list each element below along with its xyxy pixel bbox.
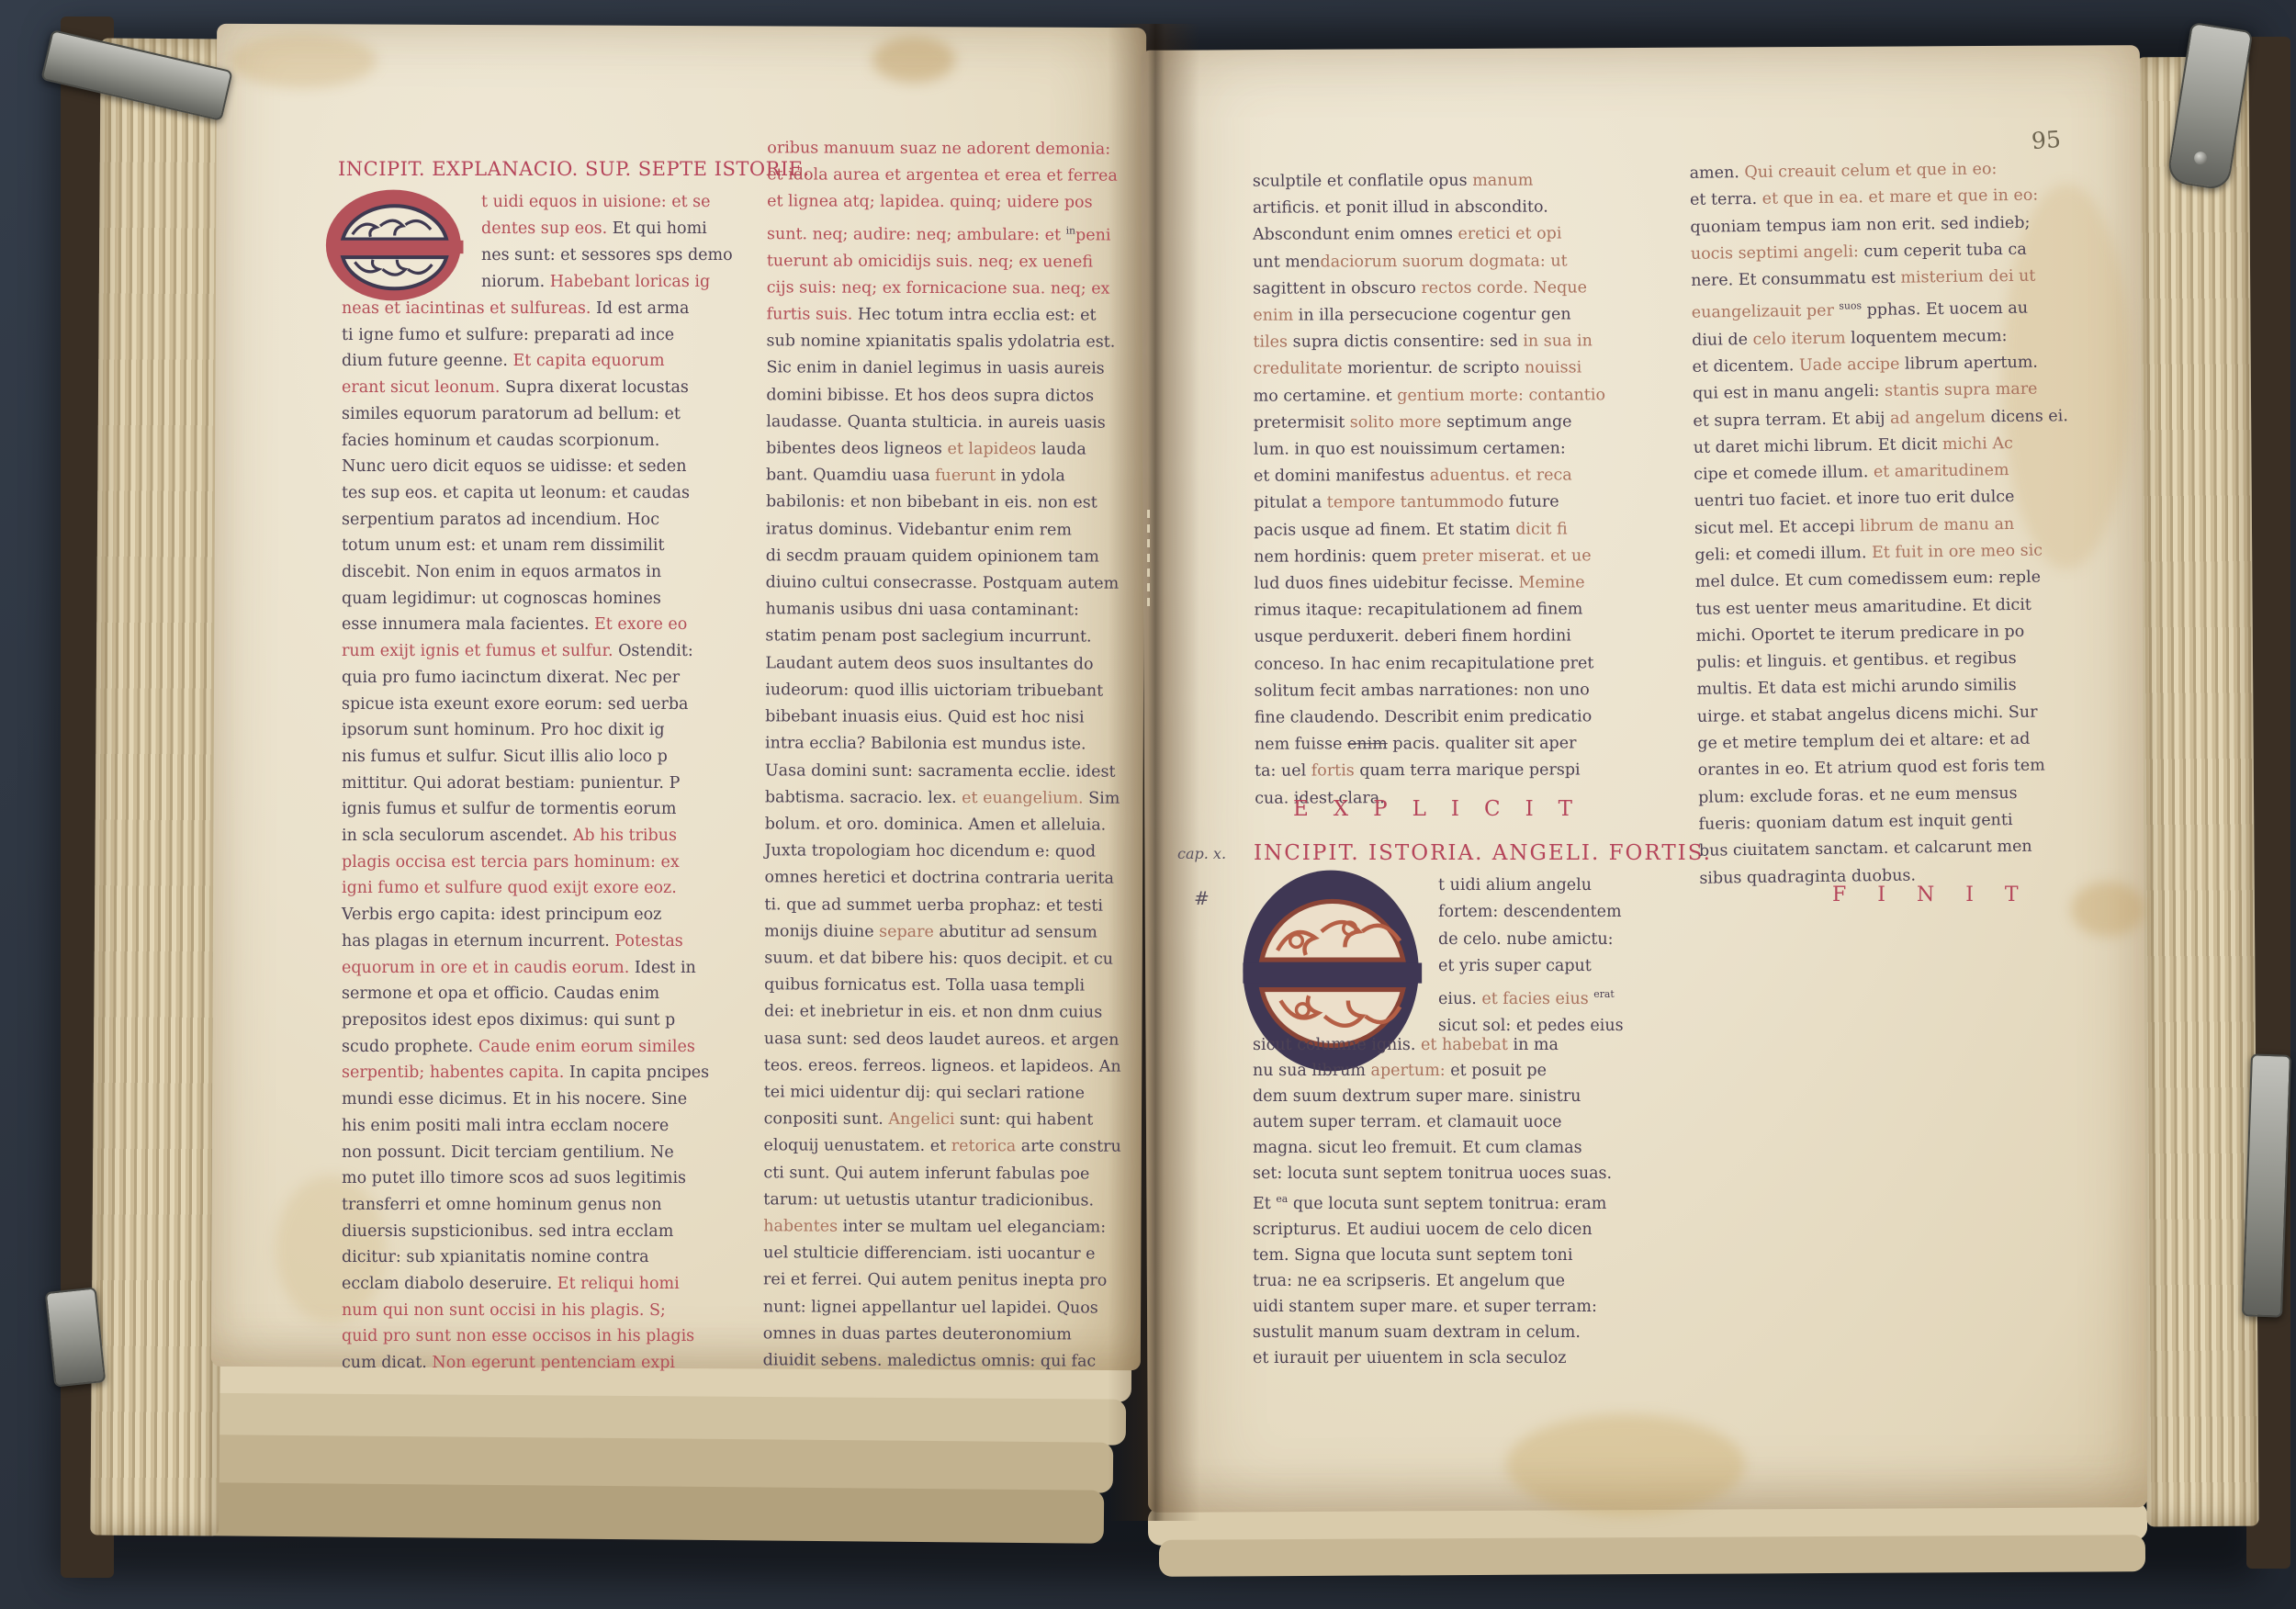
manuscript-photo: INCIPIT. EXPLANACIO. SUP. SEPTE ISTORIE.… <box>0 0 2296 1609</box>
text-line: pitulat a tempore tantummodo future <box>1254 489 1605 518</box>
text-line: conceso. In hac enim recapitulatione pre… <box>1255 650 1606 679</box>
text-line: esse innumera mala facientes. Et exore e… <box>342 612 709 638</box>
text-line: cijs suis: neq; ex fornicacione sua. neq… <box>767 275 1124 303</box>
text-line: similes equorum paratorum ad bellum: et <box>342 401 709 428</box>
margin-note-mark: # <box>1194 887 1210 909</box>
text-line: ti. que ad summet uerba prophaz: et test… <box>764 892 1121 920</box>
text-line: magna. sicut leo fremuit. Et cum clamas <box>1253 1135 1612 1161</box>
text-line: eius. et facies eius erat <box>1438 981 1624 1013</box>
text-line: rei et ferrei. Qui autem penitus inepta … <box>763 1267 1120 1296</box>
text-line: rimus itaque: recapitulationem ad finem <box>1254 597 1605 625</box>
text-line: et yris super caput <box>1438 953 1624 980</box>
text-line: teos. ereos. ferreos. ligneos. et lapide… <box>764 1052 1121 1081</box>
text-line: sculptile et conflatile opus manum <box>1253 167 1604 196</box>
stain <box>2071 882 2144 937</box>
text-line: nem fuisse enim pacis. qualiter sit aper <box>1255 731 1606 759</box>
left-column-1-indented: t uidi equos in uisione: et sedentes sup… <box>481 189 733 296</box>
text-line: intra ecclia? Babilonia est mundus iste. <box>765 731 1122 759</box>
text-line: diuersis supsticionibus. sed intra eccla… <box>342 1219 709 1245</box>
text-line: statim penam post saclegium incurrunt. <box>765 624 1122 652</box>
text-line: scudo prophete. Caude enim eorum similes <box>342 1034 709 1061</box>
text-line: transferri et omne hominum genus non <box>342 1192 709 1219</box>
text-line: mo putet illo timore scos ad suos legiti… <box>342 1165 709 1192</box>
text-line: Et ea que locuta sunt septem tonitrua: e… <box>1253 1187 1612 1217</box>
right-column-1-lower: sicut columne ignis. et habebat in manu … <box>1253 1032 1612 1371</box>
text-line: totum unum est: et unam rem dissimilit <box>342 533 709 559</box>
stain <box>230 33 377 88</box>
text-line: his enim positi mali intra ecclam nocere <box>342 1113 709 1140</box>
text-line: Verbis ergo capita: idest principum eoz <box>342 902 709 928</box>
text-line: fine claudendo. Describit enim predicati… <box>1255 703 1606 732</box>
text-line: quibus fornicatus est. Tolla uasa templi <box>764 972 1121 1000</box>
text-line: prepositos idest epos diximus: qui sunt … <box>342 1007 709 1034</box>
text-line: serpentium paratos ad incendium. Hoc <box>342 507 709 534</box>
text-line: dium future geenne. Et capita equorum <box>342 348 709 375</box>
text-line: tes sup eos. et capita ut leonum: et cau… <box>342 480 709 507</box>
text-line: uasa sunt: sed deos laudet aureos. et ar… <box>764 1026 1121 1054</box>
text-line: humanis usibus dni uasa contaminant: <box>766 597 1123 625</box>
text-line: usque perduxerit. deberi finem hordini <box>1255 624 1606 652</box>
drop-cap-e-left-icon <box>323 187 468 303</box>
text-line: suum. et dat bibere his: quos decipit. e… <box>764 945 1121 973</box>
text-line: nunt: lignei appellantur uel lapidei. Qu… <box>763 1294 1120 1322</box>
text-line: dei: et inebrietur in eis. et non dnm cu… <box>764 999 1121 1028</box>
text-line: Nunc uero dicit equos se uidisse: et sed… <box>342 454 709 480</box>
text-line: erant sicut leonum. Supra dixerat locust… <box>342 375 709 401</box>
incipit-rubric: INCIPIT. ISTORIA. ANGELI. FORTIS. <box>1254 841 1712 865</box>
right-column-1-indented: t uidi alium angelufortem: descendentemd… <box>1438 872 1624 1040</box>
text-line: omnes heretici et doctrina contraria uer… <box>764 865 1121 894</box>
text-line: bibebant inuasis eius. Quid est hoc nisi <box>765 703 1122 732</box>
text-line: pretermisit solito more septimum ange <box>1254 409 1605 437</box>
text-line: Uasa domini sunt: sacramenta ecclie. ide… <box>765 758 1122 786</box>
text-line: quam legidimur: ut cognoscas homines <box>342 586 709 613</box>
text-line: diuino cultui consecrasse. Postquam aute… <box>766 569 1123 598</box>
text-line: conpositi sunt. Angelici sunt: qui haben… <box>764 1106 1121 1134</box>
text-line: Sic enim in daniel legimus in uasis aure… <box>766 355 1123 384</box>
text-line: ti igne fumo et sulfure: preparati ad in… <box>342 322 709 349</box>
text-line: mittitur. Qui adorat bestiam: punientur.… <box>342 771 709 797</box>
text-line: sermone et opa et officio. Caudas enim <box>342 981 709 1007</box>
text-line: iudeorum: quod illis uictoriam tribueban… <box>765 677 1122 705</box>
text-line: ipsorum sunt hominum. Pro hoc dixit ig <box>342 717 709 744</box>
text-line: sustulit manum suam dextram in celum. <box>1253 1320 1612 1345</box>
text-line: de celo. nube amictu: <box>1438 927 1624 953</box>
text-line: et idola aurea et argentea et erea et fe… <box>767 163 1124 191</box>
text-line: domini bibisse. Et hos deos supra dictos <box>766 382 1123 411</box>
text-line: mo certamine. et gentium morte: contanti… <box>1254 382 1605 411</box>
text-line: unt mendaciorum suorum dogmata: ut <box>1253 248 1604 276</box>
right-column-1: sculptile et conflatile opus manumartifi… <box>1253 167 1607 812</box>
text-line: uidi stantem super mare. et super terram… <box>1253 1294 1612 1320</box>
text-line: scripturus. Et audiui uocem de celo dice… <box>1253 1217 1612 1243</box>
text-line: in scla seculorum ascendet. Ab his tribu… <box>342 823 709 850</box>
text-line: omnes in duas partes deuteronomium <box>763 1321 1120 1349</box>
text-line: non possunt. Dicit terciam gentilium. Ne <box>342 1140 709 1166</box>
text-line: et iurauit per uiuentem in scla seculoz <box>1253 1345 1612 1371</box>
finit-rubric: FINIT <box>1832 883 2050 906</box>
text-line: lum. in quo est nouissimum certamen: <box>1254 435 1605 464</box>
text-line: lud duos fines uidebitur fecisse. Memine <box>1254 569 1605 598</box>
text-line: tuerunt ab omicidijs suis. neq; ex uenef… <box>767 248 1124 276</box>
text-line: quid pro sunt non esse occisos in his pl… <box>342 1323 709 1350</box>
text-line: cum dicat. Non egerunt pentenciam expi <box>342 1350 709 1377</box>
left-column-1: neas et iacintinas et sulfureas. Id est … <box>342 296 709 1377</box>
metal-clasp-bottom-left-icon <box>45 1287 107 1387</box>
text-line: tei mici uidentur dij: qui seclari ratio… <box>764 1079 1121 1108</box>
text-line: uel stulticie differenciam. isti uocantu… <box>763 1240 1120 1268</box>
text-line: Abscondunt enim omnes eretici et opi <box>1253 221 1604 250</box>
left-column-rubric-heading: INCIPIT. EXPLANACIO. SUP. SEPTE ISTORIE. <box>338 158 810 180</box>
text-line: tem. Signa que locuta sunt septem toni <box>1253 1243 1612 1268</box>
text-line: igni fumo et sulfure quod exijt exore eo… <box>342 875 709 902</box>
text-line: t uidi alium angelu <box>1438 872 1624 899</box>
text-line: rum exijt ignis et fumus et sulfur. Oste… <box>342 638 709 665</box>
text-line: di secdm prauam quidem opinionem tam <box>766 543 1123 571</box>
text-line: monijs diuine separe abutitur ad sensum <box>764 918 1121 947</box>
binding-thread <box>1147 510 1150 611</box>
text-line: niorum. Habebant loricas ig <box>481 269 733 296</box>
text-line: nis fumus et sulfur. Sicut illis alio lo… <box>342 744 709 771</box>
text-line: nu sua librum apertum: et posuit pe <box>1253 1058 1612 1084</box>
left-column-2: oribus manuum suaz ne adorent demonia:et… <box>763 135 1125 1376</box>
text-line: habentes inter se multam uel eleganciam: <box>763 1213 1120 1242</box>
text-line: Juxta tropologiam hoc dicendum e: quod <box>765 838 1122 866</box>
text-line: babtisma. sacracio. lex. et euangelium. … <box>765 784 1122 813</box>
text-line: ut daret michi librum. Et dicit michi Ac <box>1694 430 2069 462</box>
text-line: nem hordinis: quem preter miserat. et ue <box>1254 543 1605 571</box>
text-line: dentes sup eos. Et qui homi <box>481 216 733 242</box>
fore-edge-right <box>2136 57 2258 1527</box>
text-line: et domini manifestus aduentus. et reca <box>1254 463 1605 491</box>
text-line: plum: exclude foras. et ne eum mensus <box>1698 780 2074 812</box>
text-line: babilonis: et non bibebant in eis. non e… <box>766 489 1123 518</box>
text-line: furtis suis. Hec totum intra ecclia est:… <box>767 301 1124 330</box>
page-edge-stack <box>105 1481 1104 1543</box>
text-line: dicitur: sub xpianitatis nomine contra <box>342 1244 709 1271</box>
text-line: tarum: ut uetustis utantur tradicionibus… <box>763 1187 1120 1215</box>
text-line: sicut columne ignis. et habebat in ma <box>1253 1032 1612 1058</box>
text-line: trua: ne ea scripseris. Et angelum que <box>1253 1268 1612 1294</box>
text-line: diuidit sebens. maledictus omnis: qui fa… <box>763 1347 1120 1376</box>
text-line: mundi esse dicimus. Et in his nocere. Si… <box>342 1086 709 1113</box>
text-line: dem suum dextrum super mare. sinistru <box>1253 1084 1612 1109</box>
text-line: eloquij uenustatem. et retorica arte con… <box>763 1133 1120 1162</box>
text-line: plagis occisa est tercia pars hominum: e… <box>342 850 709 876</box>
text-line: et lignea atq; lapidea. quinq; uidere po… <box>767 189 1124 218</box>
text-line: sunt. neq; audire: neq; ambulare: et inp… <box>767 216 1124 249</box>
fore-edge-left <box>90 39 229 1536</box>
text-line: t uidi equos in uisione: et se <box>481 189 733 216</box>
text-line: num qui non sunt occisi in his plagis. S… <box>342 1298 709 1324</box>
text-line: sub nomine xpianitatis spalis ydolatria … <box>767 329 1124 357</box>
text-line: euangelizauit per suos pphas. Et uocem a… <box>1692 290 2067 328</box>
text-line: bolum. et oro. dominica. Amen et allelui… <box>765 811 1122 839</box>
text-line: autem super terram. et clamauit uoce <box>1253 1109 1612 1135</box>
text-line: oribus manuum suaz ne adorent demonia: <box>767 135 1124 163</box>
text-line: sagittent in obscuro rectos corde. Neque <box>1253 275 1604 303</box>
text-line: discebit. Non enim in equos armatos in <box>342 559 709 586</box>
text-line: spicue ista exeunt exore eorum: sed uerb… <box>342 692 709 718</box>
text-line: credulitate morientur. de scripto nouiss… <box>1253 355 1604 384</box>
text-line: ecclam diabolo deseruire. Et reliqui hom… <box>342 1271 709 1298</box>
text-line: ta: uel fortis quam terra marique perspi <box>1255 758 1606 786</box>
folio-number: 95 <box>2031 126 2062 154</box>
text-line: facies hominum et caudas scorpionum. <box>342 428 709 455</box>
text-line: bus ciuitatem sanctam. et calcarunt men <box>1699 833 2075 865</box>
text-line: iratus dominus. Videbantur enim rem <box>766 516 1123 545</box>
text-line: quia pro fumo iacinctum dixerat. Nec per <box>342 665 709 692</box>
text-line: neas et iacintinas et sulfureas. Id est … <box>342 296 709 322</box>
text-line: set: locuta sunt septem tonitrua uoces s… <box>1253 1161 1612 1187</box>
text-line: Laudant autem deos suos insultantes do <box>765 650 1122 679</box>
text-line: cti sunt. Qui autem inferunt fabulas poe <box>763 1160 1120 1188</box>
text-line: laudasse. Quanta stulticia. in aureis ua… <box>766 409 1123 437</box>
text-line: enim in illa persecucione cogentur gen <box>1253 301 1604 330</box>
explicit-rubric: EXPLICIT <box>1293 797 1597 821</box>
text-line: pacis usque ad finem. Et statim dicit fi <box>1254 516 1605 545</box>
text-line: artificis. et ponit illud in abscondito. <box>1253 195 1604 223</box>
text-line: has plagas in eternum incurrent. Potesta… <box>342 928 709 955</box>
margin-note-chapter: cap. x. <box>1177 845 1226 862</box>
page-edge-stack <box>1159 1535 2145 1577</box>
stain <box>872 37 955 83</box>
text-line: equorum in ore et in caudis eorum. Idest… <box>342 955 709 982</box>
text-line: solitum fecit ambas narrationes: non uno <box>1255 677 1606 705</box>
right-column-2: amen. Qui creauit celum et que in eo:et … <box>1689 155 2075 892</box>
text-line: fortem: descendentem <box>1438 899 1624 926</box>
text-line: nes sunt: et sessores sps demo <box>481 242 733 269</box>
text-line: bibentes deos ligneos et lapideos lauda <box>766 435 1123 464</box>
text-line: bant. Quamdiu uasa fuerunt in ydola <box>766 463 1123 491</box>
stain <box>1506 1414 1745 1515</box>
text-line: serpentib; habentes capita. In capita pn… <box>342 1060 709 1086</box>
text-line: ignis fumus et sulfur de tormentis eorum <box>342 796 709 823</box>
text-line: tiles supra dictis consentire: sed in su… <box>1253 329 1604 357</box>
